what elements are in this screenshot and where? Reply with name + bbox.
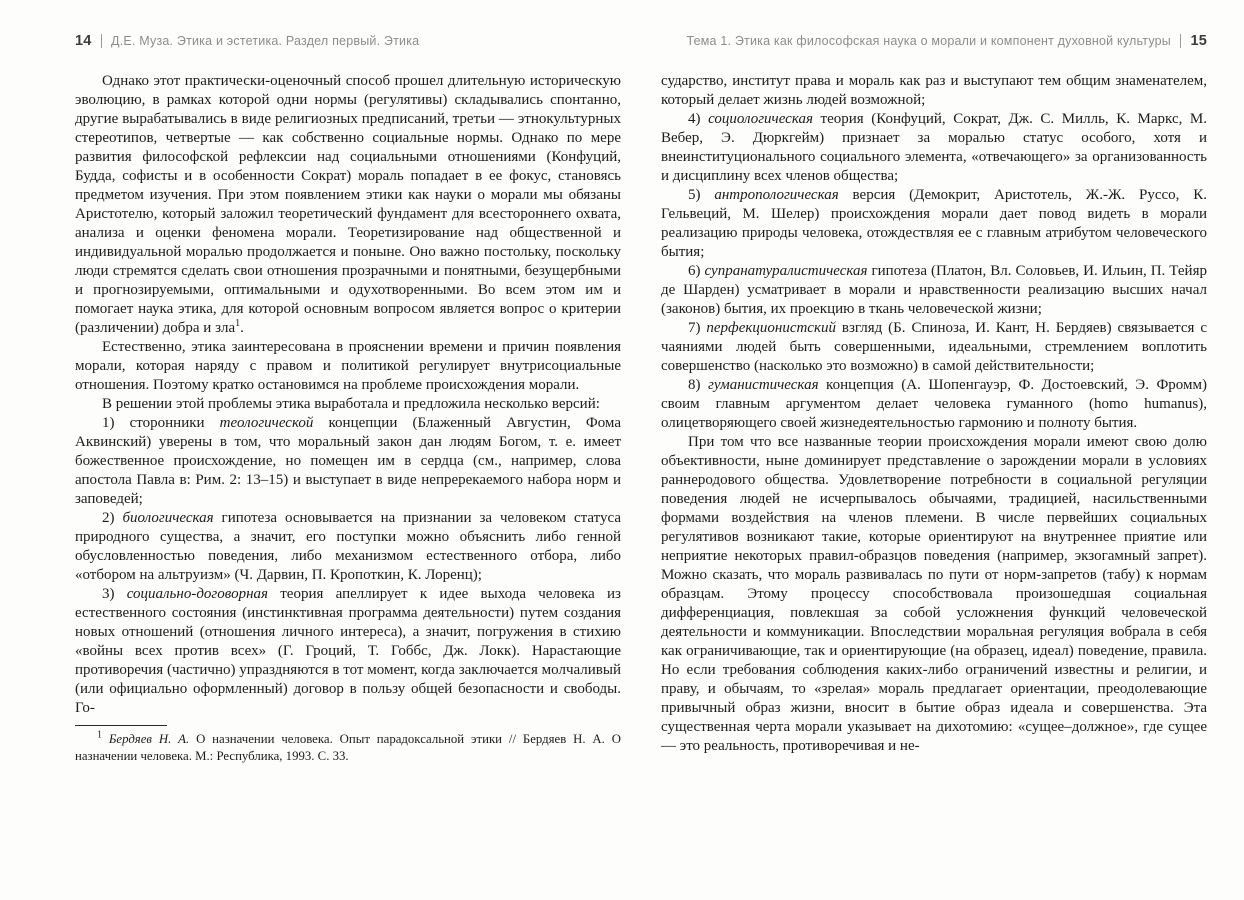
paragraph: 5) антропологическая версия (Демокрит, А… [661,186,1207,262]
footnote-block: 1 Бердяев Н. А. О назначении человека. О… [75,725,621,764]
running-header-left: 14 Д.Е. Муза. Этика и эстетика. Раздел п… [75,32,621,50]
paragraph: При том что все названные теории происхо… [661,433,1207,756]
paragraph: 3) социально-договорная теория апеллируе… [75,585,621,718]
right-page: Тема 1. Этика как философская наука о мо… [661,32,1207,756]
paragraph: 1) сторонники теологической концепции (Б… [75,414,621,509]
paragraph: Однако этот практически-оценочный способ… [75,72,621,338]
header-divider-icon [1180,34,1182,48]
page-number-right: 15 [1190,33,1207,49]
paragraph: 4) социологическая теория (Конфуций, Сок… [661,110,1207,186]
left-page-body: Однако этот практически-оценочный способ… [75,72,621,718]
paragraph: 6) супранатуралистическая гипотеза (Плат… [661,262,1207,319]
running-header-left-title: Д.Е. Муза. Этика и эстетика. Раздел перв… [111,34,419,48]
paragraph: 2) биологическая гипотеза основывается н… [75,509,621,585]
paragraph: Естественно, этика заинтересована в проя… [75,338,621,395]
paragraph: 7) перфекционистский взгляд (Б. Спиноза,… [661,319,1207,376]
running-header-right-title: Тема 1. Этика как философская наука о мо… [686,34,1171,48]
running-header-right: Тема 1. Этика как философская наука о мо… [661,32,1207,50]
paragraph: В решении этой проблемы этика выработала… [75,395,621,414]
left-page: 14 Д.Е. Муза. Этика и эстетика. Раздел п… [75,32,621,764]
header-divider-icon [101,34,103,48]
paragraph: сударство, институт права и мораль как р… [661,72,1207,110]
footnote-text-container: 1 Бердяев Н. А. О назначении человека. О… [75,731,621,764]
paragraph: 1 Бердяев Н. А. О назначении человека. О… [75,731,621,764]
paragraph: 8) гуманистическая концепция (А. Шопенга… [661,376,1207,433]
page-number-left: 14 [75,33,92,49]
right-page-body: сударство, институт права и мораль как р… [661,72,1207,756]
footnote-separator [75,725,167,726]
book-spread: 14 Д.Е. Муза. Этика и эстетика. Раздел п… [0,0,1244,900]
